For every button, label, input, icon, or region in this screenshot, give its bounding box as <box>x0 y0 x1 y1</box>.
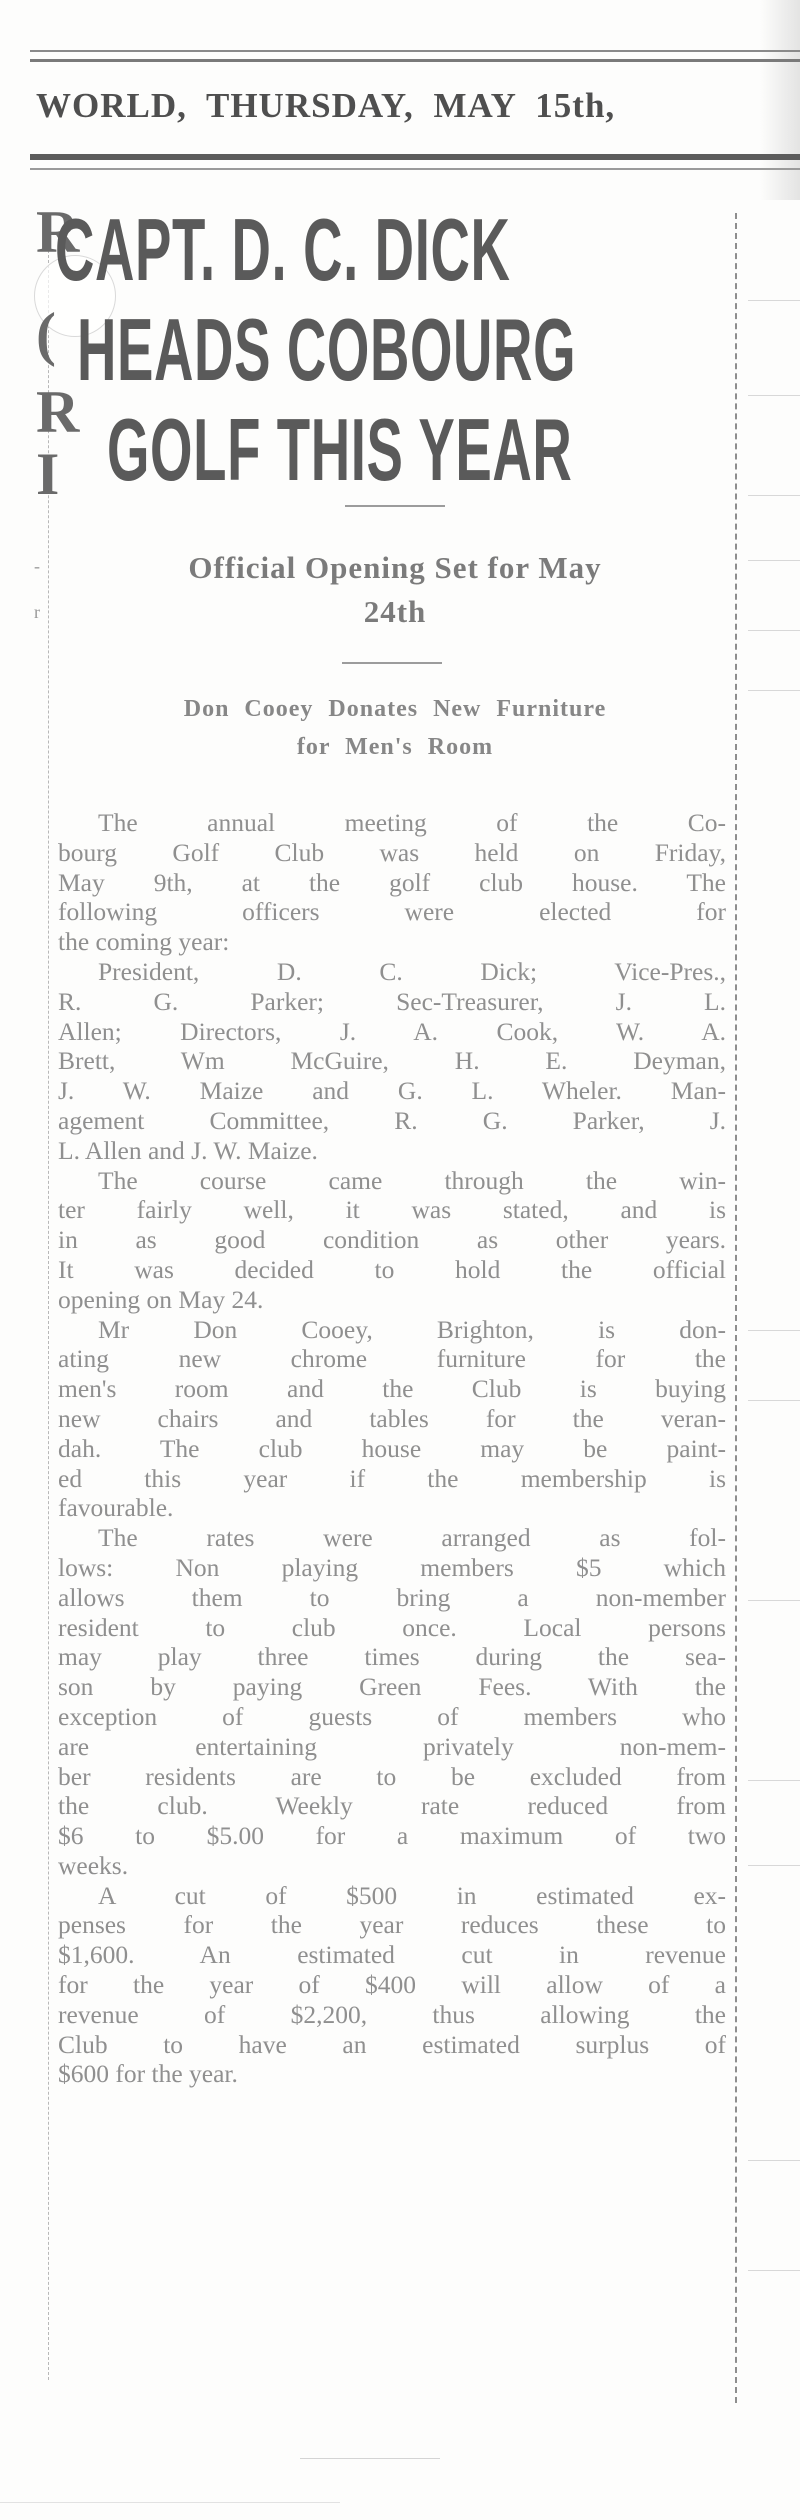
article-body-line: Brett, Wm McGuire, H. E. Deyman, <box>58 1046 726 1076</box>
section-divider <box>342 662 442 664</box>
margin-fragment: ( <box>36 300 56 369</box>
article-body-line: the club. Weekly rate reduced from <box>58 1791 726 1821</box>
headline-line: HEADS COBOURG <box>77 300 485 400</box>
article-body-line: bourg Golf Club was held on Friday, <box>58 838 726 868</box>
article-body-line: dah. The club house may be paint- <box>58 1434 726 1464</box>
article-body: The annual meeting of the Co-bourg Golf … <box>58 808 726 2089</box>
section-divider <box>345 505 445 507</box>
masthead-dateline: WORLD, THURSDAY, MAY 15th, <box>36 86 615 126</box>
article-body-line: President, D. C. Dick; Vice-Pres., <box>58 957 726 987</box>
article-body-line: ating new chrome furniture for the <box>58 1344 726 1374</box>
headline-line: GOLF THIS YEAR <box>107 400 496 500</box>
article-end-rule <box>300 2458 440 2459</box>
scan-smudge <box>760 0 800 200</box>
article-body-line: men's room and the Club is buying <box>58 1374 726 1404</box>
article-body-line: The course came through the win- <box>58 1166 726 1196</box>
newspaper-clipping: WORLD, THURSDAY, MAY 15th, R ( R I - r C… <box>0 0 800 2520</box>
subheading-line: Don Cooey Donates New Furniture <box>55 690 735 728</box>
article-body-line: are entertaining privately non-mem- <box>58 1732 726 1762</box>
column-rule-left <box>48 230 49 2380</box>
article-body-line: in as good condition as other years. <box>58 1225 726 1255</box>
article-body-line: favourable. <box>58 1493 726 1523</box>
article-body-line: Allen; Directors, J. A. Cook, W. A. <box>58 1017 726 1047</box>
article-body-line: exception of guests of members who <box>58 1702 726 1732</box>
article-body-line: for the year of $400 will allow of a <box>58 1970 726 2000</box>
article-body-line: $1,600. An estimated cut in revenue <box>58 1940 726 1970</box>
article-body-line: J. W. Maize and G. L. Wheler. Man- <box>58 1076 726 1106</box>
article-body-line: The rates were arranged as fol- <box>58 1523 726 1553</box>
article-secondary-subheading: Don Cooey Donates New Furniture for Men'… <box>55 690 735 766</box>
masthead-rule-bottom-2 <box>30 168 800 170</box>
subheading-line: for Men's Room <box>55 728 735 766</box>
article-body-line: ter fairly well, it was stated, and is <box>58 1195 726 1225</box>
article-body-line: agement Committee, R. G. Parker, J. <box>58 1106 726 1136</box>
margin-fragment: r <box>34 602 40 623</box>
article-body-line: $6 to $5.00 for a maximum of two <box>58 1821 726 1851</box>
article-body-line: R. G. Parker; Sec-Treasurer, J. L. <box>58 987 726 1017</box>
subheading-line: Official Opening Set for May <box>60 546 730 590</box>
article-body-line: The annual meeting of the Co- <box>58 808 726 838</box>
masthead-rule-bottom <box>30 154 800 160</box>
article-headline: CAPT. D. C. DICK HEADS COBOURG GOLF THIS… <box>55 200 735 500</box>
article-body-line: opening on May 24. <box>58 1285 726 1315</box>
article-body-line: It was decided to hold the official <box>58 1255 726 1285</box>
headline-line: CAPT. D. C. DICK <box>55 200 477 300</box>
article-body-line: revenue of $2,200, thus allowing the <box>58 2000 726 2030</box>
article-body-line: new chairs and tables for the veran- <box>58 1404 726 1434</box>
article-body-line: resident to club once. Local persons <box>58 1613 726 1643</box>
masthead-rule-top-2 <box>30 59 800 62</box>
article-body-line: ber residents are to be excluded from <box>58 1762 726 1792</box>
article-body-line: following officers were elected for <box>58 897 726 927</box>
article-body-line: the coming year: <box>58 927 726 957</box>
column-rule-right <box>735 213 737 2403</box>
article-body-line: L. Allen and J. W. Maize. <box>58 1136 726 1166</box>
article-body-line: ed this year if the membership is <box>58 1464 726 1494</box>
article-body-line: lows: Non playing members $5 which <box>58 1553 726 1583</box>
article-body-line: Mr Don Cooey, Brighton, is don- <box>58 1315 726 1345</box>
article-body-line: A cut of $500 in estimated ex- <box>58 1881 726 1911</box>
article-body-line: allows them to bring a non-member <box>58 1583 726 1613</box>
article-body-line: may play three times during the sea- <box>58 1642 726 1672</box>
margin-fragment: - <box>34 556 40 577</box>
article-body-line: penses for the year reduces these to <box>58 1910 726 1940</box>
subheading-line: 24th <box>60 590 730 634</box>
article-body-line: Club to have an estimated surplus of <box>58 2030 726 2060</box>
article-body-line: $600 for the year. <box>58 2059 726 2089</box>
article-body-line: weeks. <box>58 1851 726 1881</box>
clipping-edge-line <box>0 2502 340 2503</box>
article-body-line: son by paying Green Fees. With the <box>58 1672 726 1702</box>
article-subheading: Official Opening Set for May 24th <box>60 546 730 634</box>
article-body-line: May 9th, at the golf club house. The <box>58 868 726 898</box>
masthead-rule-top <box>30 50 800 52</box>
